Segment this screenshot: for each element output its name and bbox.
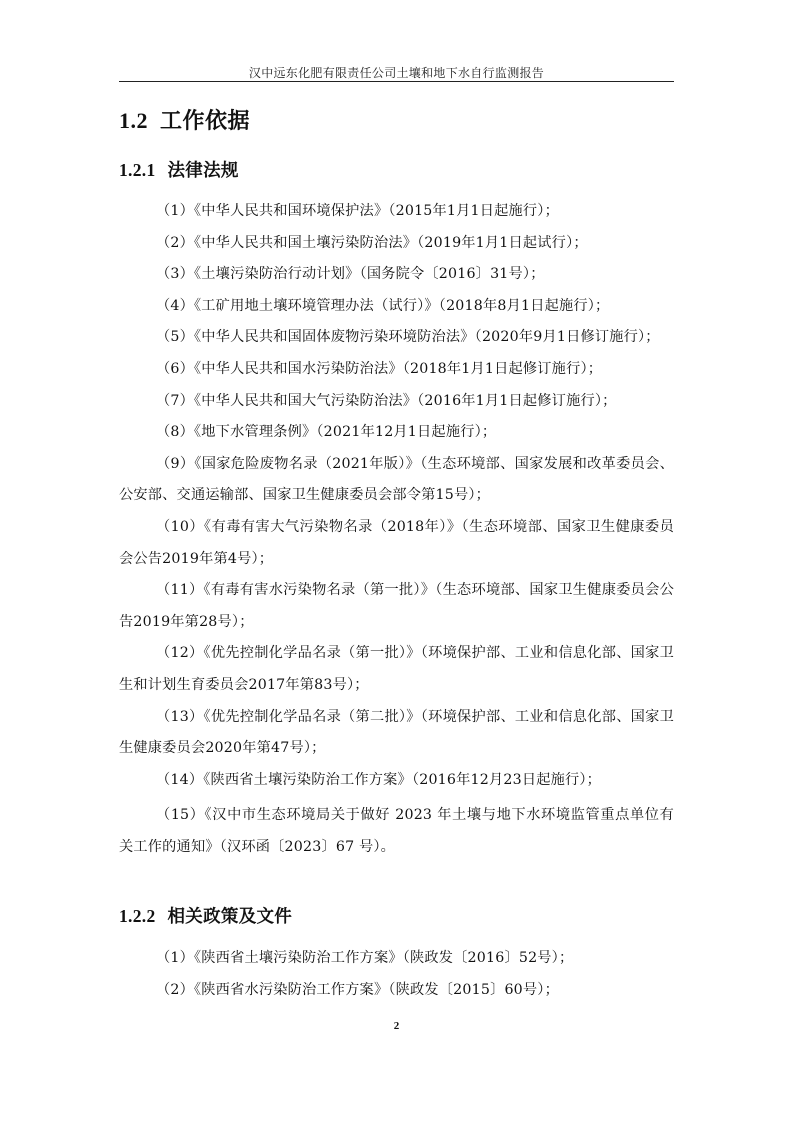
document-header-title: 汉中远东化肥有限责任公司土壤和地下水自行监测报告 — [120, 64, 673, 81]
subsection-number: 1.2.2 — [119, 906, 156, 926]
list-item: （3）《土壤污染防治行动计划》（国务院令〔2016〕31号）； — [119, 259, 674, 291]
list-item: （4）《工矿用地土壤环境管理办法（试行）》（2018年8月1日起施行）； — [119, 291, 674, 323]
list-item: （2）《陕西省水污染防治工作方案》（陕政发〔2015〕60号）； — [119, 975, 674, 1007]
section-heading: 1.2工作依据 — [119, 104, 250, 135]
list-item: （8）《地下水管理条例》（2021年12月1日起施行）； — [119, 417, 674, 449]
subsection-title: 相关政策及文件 — [168, 907, 293, 927]
subsection-heading-policies: 1.2.2相关政策及文件 — [119, 903, 292, 928]
list-item: （1）《中华人民共和国环境保护法》（2015年1月1日起施行）； — [119, 196, 674, 228]
list-item: （6）《中华人民共和国水污染防治法》（2018年1月1日起修订施行）； — [119, 354, 674, 386]
list-item: （12）《优先控制化学品名录（第一批）》（环境保护部、工业和信息化部、国家卫生和… — [119, 638, 674, 701]
list-item: （9）《国家危险废物名录（2021年版）》（生态环境部、国家发展和改革委员会、公… — [119, 449, 674, 512]
policies-list: （1）《陕西省土壤污染防治工作方案》（陕政发〔2016〕52号）； （2）《陕西… — [119, 943, 674, 1006]
list-item: （1）《陕西省土壤污染防治工作方案》（陕政发〔2016〕52号）； — [119, 943, 674, 975]
list-item: （11）《有毒有害水污染物名录（第一批）》（生态环境部、国家卫生健康委员会公告2… — [119, 575, 674, 638]
subsection-heading-laws: 1.2.1法律法规 — [119, 157, 239, 182]
list-item: （15）《汉中市生态环境局关于做好 2023 年土壤与地下水环境监管重点单位有关… — [119, 800, 674, 863]
list-item: （14）《陕西省土壤污染防治工作方案》（2016年12月23日起施行）； — [119, 765, 674, 797]
laws-list: （1）《中华人民共和国环境保护法》（2015年1月1日起施行）； （2）《中华人… — [119, 196, 674, 863]
section-number: 1.2 — [119, 108, 148, 133]
header-divider — [119, 81, 674, 82]
page-number: 2 — [0, 1020, 793, 1032]
list-item: （7）《中华人民共和国大气污染防治法》（2016年1月1日起修订施行）； — [119, 386, 674, 418]
subsection-title: 法律法规 — [168, 161, 239, 181]
section-title: 工作依据 — [160, 109, 250, 134]
subsection-number: 1.2.1 — [119, 160, 156, 180]
list-item: （10）《有毒有害大气污染物名录（2018年）》（生态环境部、国家卫生健康委员会… — [119, 512, 674, 575]
list-item: （5）《中华人民共和国固体废物污染环境防治法》（2020年9月1日修订施行）； — [119, 322, 674, 354]
list-item: （13）《优先控制化学品名录（第二批）》（环境保护部、工业和信息化部、国家卫生健… — [119, 702, 674, 765]
list-item: （2）《中华人民共和国土壤污染防治法》（2019年1月1日起试行）； — [119, 228, 674, 260]
